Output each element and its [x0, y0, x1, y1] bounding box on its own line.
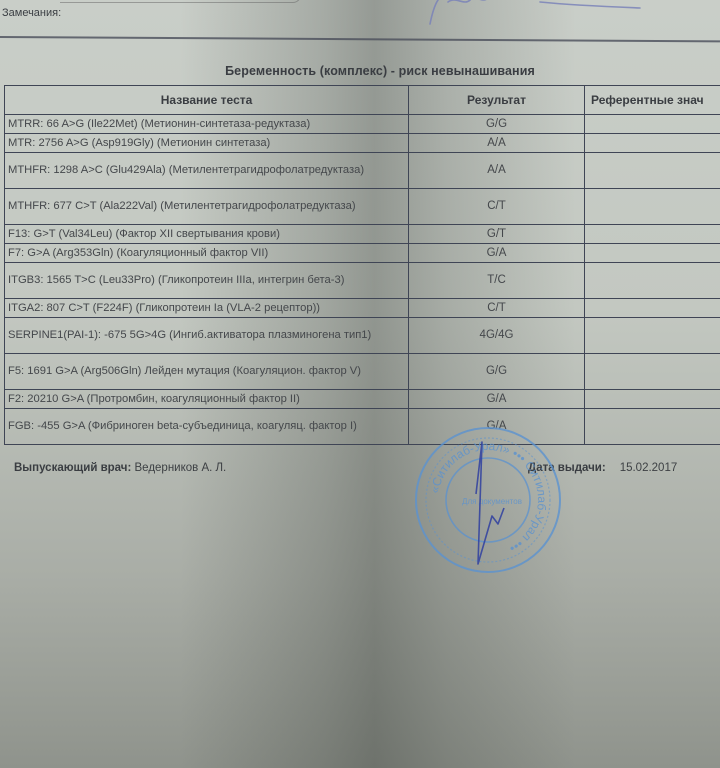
- test-name-cell: F13: G>T (Val34Leu) (Фактор XII свертыва…: [5, 225, 409, 244]
- lab-report-page: Замечания: Беременность (комплекс) - рис…: [0, 0, 720, 768]
- result-cell: G/A: [409, 244, 585, 263]
- previous-section-border: [60, 0, 301, 3]
- test-name-cell: MTR: 2756 A>G (Asp919Gly) (Метионин синт…: [5, 134, 409, 153]
- reference-cell: [585, 134, 720, 153]
- test-name-cell: ITGA2: 807 C>T (F224F) (Гликопротеин Ia …: [5, 299, 409, 318]
- result-cell: 4G/4G: [409, 318, 585, 354]
- reference-cell: [585, 318, 720, 354]
- reference-cell: [585, 189, 720, 225]
- test-name-cell: F2: 20210 G>A (Протромбин, коагуляционны…: [5, 390, 409, 409]
- result-cell: C/T: [409, 189, 585, 225]
- results-table: Название теста Результат Референтные зна…: [4, 85, 720, 445]
- result-cell: T/C: [409, 263, 585, 299]
- table-row: MTHFR: 1298 A>C (Glu429Ala) (Метилентетр…: [5, 153, 720, 189]
- result-cell: C/T: [409, 299, 585, 318]
- stamp-purpose-text: Для документов: [462, 497, 522, 506]
- test-name-cell: F5: 1691 G>A (Arg506Gln) Лейден мутация …: [5, 354, 409, 390]
- remarks-label: Замечания:: [2, 7, 61, 19]
- issuing-doctor: Выпускающий врач: Ведерников А. Л.: [14, 462, 226, 474]
- table-row: MTR: 2756 A>G (Asp919Gly) (Метионин синт…: [5, 134, 720, 153]
- test-name-cell: FGB: -455 G>A (Фибриноген beta-субъедини…: [5, 409, 409, 445]
- reference-cell: [585, 153, 720, 189]
- reference-cell: [585, 390, 720, 409]
- result-cell: A/A: [409, 134, 585, 153]
- test-name-cell: F7: G>A (Arg353Gln) (Коагуляционный факт…: [5, 244, 409, 263]
- header-result: Результат: [409, 86, 585, 115]
- reference-cell: [585, 244, 720, 263]
- test-name-cell: MTRR: 66 A>G (Ile22Met) (Метионин-синтет…: [5, 115, 409, 134]
- issue-date-value: 15.02.2017: [620, 462, 678, 474]
- table-row: F7: G>A (Arg353Gln) (Коагуляционный факт…: [5, 244, 720, 263]
- header-reference: Референтные знач: [585, 86, 720, 115]
- result-cell: G/A: [409, 390, 585, 409]
- doctor-label: Выпускающий врач:: [14, 462, 131, 474]
- test-name-cell: SERPINE1(PAI-1): -675 5G>4G (Ингиб.актив…: [5, 318, 409, 354]
- table-row: F2: 20210 G>A (Протромбин, коагуляционны…: [5, 390, 720, 409]
- handwritten-note: [420, 0, 650, 26]
- table-row: SERPINE1(PAI-1): -675 5G>4G (Ингиб.актив…: [5, 318, 720, 354]
- header-test-name: Название теста: [5, 86, 409, 115]
- table-row: FGB: -455 G>A (Фибриноген beta-субъедини…: [5, 409, 720, 445]
- table-row: ITGA2: 807 C>T (F224F) (Гликопротеин Ia …: [5, 299, 720, 318]
- result-cell: G/G: [409, 354, 585, 390]
- result-cell: A/A: [409, 153, 585, 189]
- divider-line: [0, 36, 720, 42]
- table-row: MTRR: 66 A>G (Ile22Met) (Метионин-синтет…: [5, 115, 720, 134]
- table-row: ITGB3: 1565 T>C (Leu33Pro) (Гликопротеин…: [5, 263, 720, 299]
- test-name-cell: ITGB3: 1565 T>C (Leu33Pro) (Гликопротеин…: [5, 263, 409, 299]
- reference-cell: [585, 115, 720, 134]
- test-name-cell: MTHFR: 677 C>T (Ala222Val) (Метилентетра…: [5, 189, 409, 225]
- reference-cell: [585, 409, 720, 445]
- table-row: F5: 1691 G>A (Arg506Gln) Лейден мутация …: [5, 354, 720, 390]
- reference-cell: [585, 263, 720, 299]
- stamp-icon: «Ситилаб-Урал» ••• Ситилаб-Урал ••• Для …: [412, 424, 564, 576]
- reference-cell: [585, 354, 720, 390]
- table-row: F13: G>T (Val34Leu) (Фактор XII свертыва…: [5, 225, 720, 244]
- result-cell: G/G: [409, 115, 585, 134]
- reference-cell: [585, 299, 720, 318]
- reference-cell: [585, 225, 720, 244]
- doctor-name: Ведерников А. Л.: [135, 462, 227, 474]
- section-title: Беременность (комплекс) - риск невынашив…: [0, 64, 720, 78]
- table-header-row: Название теста Результат Референтные зна…: [5, 86, 720, 115]
- result-cell: G/T: [409, 225, 585, 244]
- test-name-cell: MTHFR: 1298 A>C (Glu429Ala) (Метилентетр…: [5, 153, 409, 189]
- table-row: MTHFR: 677 C>T (Ala222Val) (Метилентетра…: [5, 189, 720, 225]
